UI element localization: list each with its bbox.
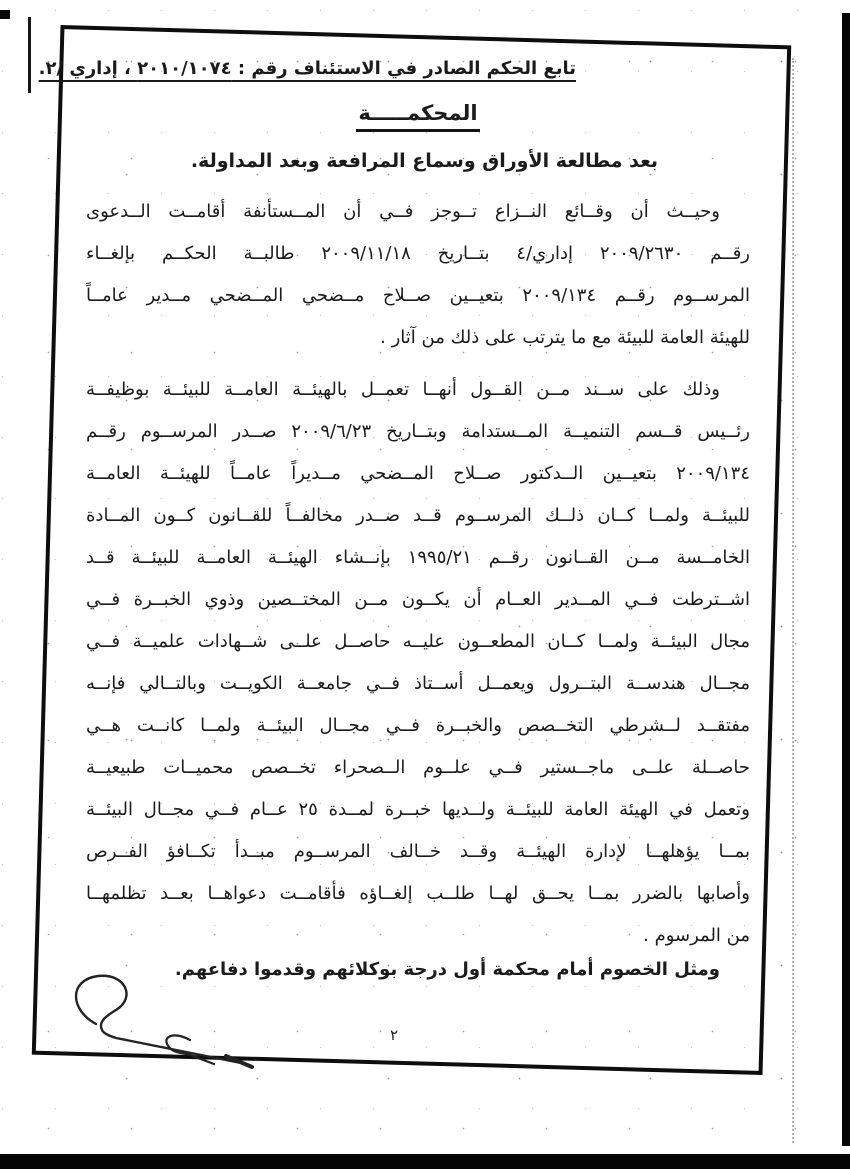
text-line: وتعمل في الهيئة العامة للبيئــة ولــديها… <box>86 789 750 831</box>
paragraph-grounds: وذلك على ســند مــن القــول أنهــا تعمــ… <box>86 369 750 957</box>
case-header: تابع الحكم الصادر في الاستئناف رقم : ٢٠١… <box>64 58 576 79</box>
paragraph-facts: وحيــث أن وقــائع النــزاع تــوجز فــي أ… <box>86 191 750 359</box>
text-line: رئــيس قــسم التنميــة المــستدامة وبتــ… <box>86 411 750 453</box>
text-line: وأصابها بالضرر بمــا يحــق لهــا طلــب إ… <box>86 873 750 915</box>
scan-mark-left <box>28 17 31 93</box>
text-line: اشــترطت فــي المــدير العــام أن يكــون… <box>86 579 750 621</box>
signature-graphic <box>40 958 280 1088</box>
text-line: رقــم ٢٠٠٩/٢٦٣٠ إداري/٤ بتــاريخ ٢٠٠٩/١١… <box>86 233 750 275</box>
text-line: بمــا يؤهلهــا لإدارة الهيئــة وقــد خــ… <box>86 831 750 873</box>
page-number: ٢ <box>390 1026 398 1044</box>
scan-dotted-line <box>792 58 794 1143</box>
text-line: للهيئة العامة للبيئة مع ما يترتب على ذلك… <box>86 317 750 359</box>
text-line: ٢٠٠٩/١٣٤ بتعيــين الــدكتور صــلاح المــ… <box>86 453 750 495</box>
preamble-line: بعد مطالعة الأوراق وسماع المرافعة وبعد ا… <box>86 144 750 184</box>
court-title: المحكمـــــة <box>86 101 750 132</box>
text-line: وذلك على ســند مــن القــول أنهــا تعمــ… <box>86 369 750 411</box>
scan-mark-top <box>0 10 10 19</box>
text-line: الخامــسة مــن القــانون رقــم ١٩٩٥/٢١ ب… <box>86 537 750 579</box>
text-line: وحيــث أن وقــائع النــزاع تــوجز فــي أ… <box>86 191 750 233</box>
text-line: مجال البيئــة ولمــا كــان المطعــون علي… <box>86 621 750 663</box>
judgment-body: وحيــث أن وقــائع النــزاع تــوجز فــي أ… <box>86 191 750 991</box>
scan-edge-right <box>842 13 850 1146</box>
text-line: المرســوم رقــم ٢٠٠٩/١٣٤ بتعيــين صــلاح… <box>86 275 750 317</box>
text-line: حاصــلة علــى ماجــستير فــي علــوم الــ… <box>86 747 750 789</box>
text-line: مفتقــد لــشرطي التخــصص والخبــرة فــي … <box>86 705 750 747</box>
text-line: مجــال هندســة البتــرول ويعمــل أســتاذ… <box>86 663 750 705</box>
scanned-document-page: تابع الحكم الصادر في الاستئناف رقم : ٢٠١… <box>0 0 850 1169</box>
court-title-word: المحكمـــــة <box>356 101 479 132</box>
scan-edge-bottom <box>0 1154 850 1169</box>
text-line: للبيئــة ولمــا كــان ذلــك المرســوم قـ… <box>86 495 750 537</box>
